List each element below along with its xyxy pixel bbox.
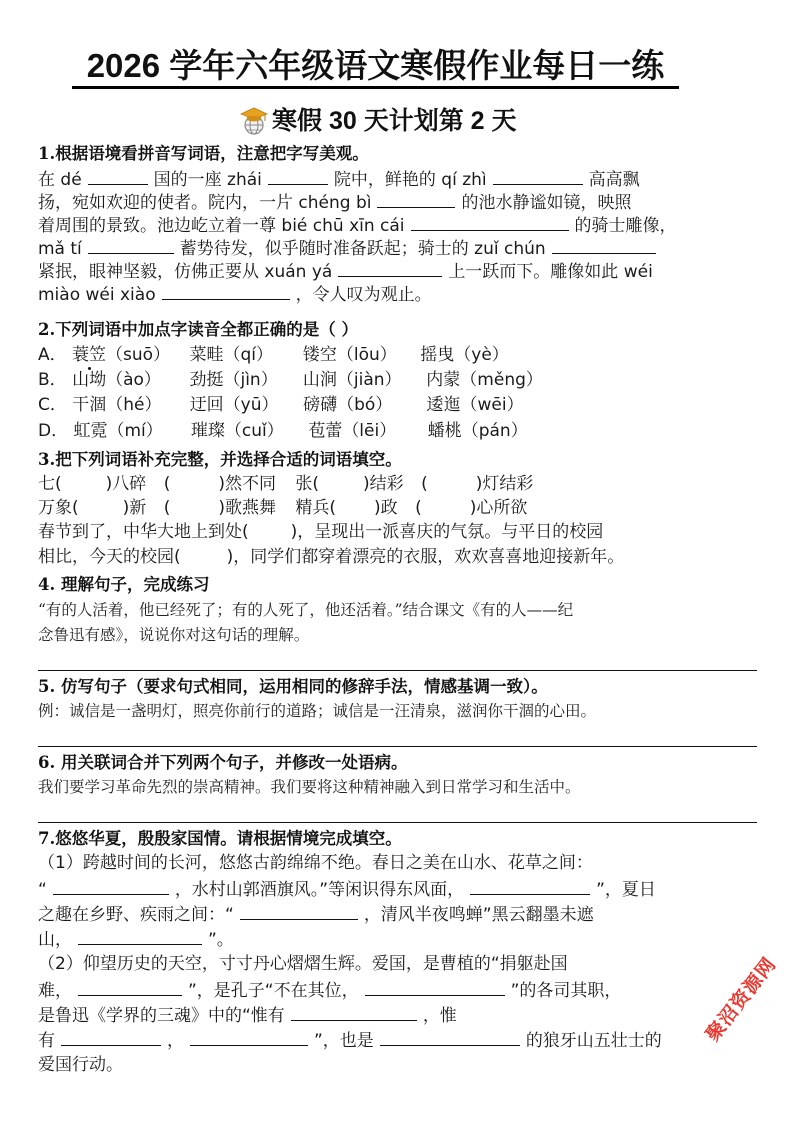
- poem-blank[interactable]: [78, 979, 182, 996]
- q1-text: 高高飘: [589, 170, 640, 190]
- q1-text: 扬，宛如欢迎的使者。院内，一片 chéng bì: [38, 193, 371, 213]
- q1-line-4: mǎ tí蓄势待发，似乎随时准备跃起；骑士的 zuǐ chún: [38, 237, 662, 261]
- q1-text: 在 dé: [38, 170, 82, 190]
- option-item: 虹霓（mí）: [74, 420, 186, 443]
- option-label: C．: [38, 395, 67, 415]
- q1-text: 国的一座 zhái: [154, 170, 262, 190]
- q7-p1-line-3: 之趣在乡野、疾雨之间：“，清风半夜鸣蝉”黑云翻墨未遮: [38, 903, 594, 927]
- q6-text: 我们要学习革命先烈的崇高精神。我们要将这种精神融入到日常学习和生活中。: [38, 776, 581, 798]
- q7-p1-line-4: 山，”。: [38, 928, 234, 952]
- answer-blank[interactable]: [88, 168, 148, 185]
- poem-blank[interactable]: [61, 1029, 161, 1046]
- answer-blank[interactable]: [493, 168, 583, 185]
- poem-blank[interactable]: [470, 878, 590, 895]
- page-subtitle: 寒假 30 天计划第 2 天: [240, 104, 517, 138]
- q1-text: 紧抿，眼神坚毅，仿佛正要从 xuán yá: [38, 262, 332, 282]
- option-item: 干涸（hé）: [72, 394, 184, 417]
- poem-blank[interactable]: [291, 1004, 417, 1021]
- q1-line-6: miào wéi xiào，令人叹为观止。: [38, 283, 432, 307]
- poem-blank[interactable]: [53, 878, 169, 895]
- q3-heading: 3.把下列词语补充完整，并选择合适的词语填空。: [38, 449, 402, 471]
- q7-p1-line-2: “，水村山郭酒旗风。”等闲识得东风面，”，夏日: [38, 878, 656, 902]
- option-item: 劲挺（jìn）: [189, 369, 297, 392]
- answer-blank[interactable]: [377, 191, 455, 208]
- option-label: A．: [38, 345, 67, 365]
- answer-line[interactable]: [38, 746, 757, 747]
- q1-text: 着周围的景致。池边屹立着一尊 bié chū xīn cái: [38, 216, 405, 236]
- q2-option-b[interactable]: B． 山坳（ào） 劲挺（jìn） 山涧（jiàn） 内蒙（měng）: [38, 369, 543, 392]
- answer-blank[interactable]: [338, 260, 442, 277]
- q3-sentence-1: 春节到了，中华大地上到处()，呈现出一派喜庆的气氛。与平日的校园: [38, 521, 603, 544]
- graduation-cap-globe-icon: [240, 106, 270, 136]
- answer-blank[interactable]: [268, 168, 328, 185]
- q2-option-d[interactable]: D． 虹霓（mí） 璀璨（cuǐ） 苞蕾（lēi） 蟠桃（pán）: [38, 420, 528, 443]
- option-item: 逶迤（wēi）: [427, 394, 524, 417]
- q1-text: 的池水静谧如镜，映照: [461, 193, 631, 213]
- answer-line[interactable]: [38, 670, 757, 671]
- poem-blank[interactable]: [240, 903, 358, 920]
- option-item: 山涧（jiàn）: [303, 369, 421, 392]
- q7-p1-line-1: （1）跨越时间的长河，悠悠古韵绵绵不绝。春日之美在山水、花草之间：: [38, 852, 593, 875]
- q5-heading: 5. 仿写句子（要求句式相同，运用相同的修辞手法，情感基调一致）。: [38, 676, 548, 698]
- q1-heading: 1.根据语境看拼音写词语，注意把字写美观。: [38, 143, 369, 165]
- q1-text: 院中，鲜艳的 qí zhì: [334, 170, 487, 190]
- option-label: D．: [38, 421, 68, 441]
- poem-blank[interactable]: [380, 1029, 520, 1046]
- q1-line-1: 在 dé国的一座 zhái院中，鲜艳的 qí zhì高高飘: [38, 168, 640, 192]
- q5-example: 例：诚信是一盏明灯，照亮你前行的道路；诚信是一汪清泉，滋润你干涸的心田。: [38, 700, 596, 722]
- subtitle-text: 寒假 30 天计划第 2 天: [272, 104, 517, 138]
- q1-text: miào wéi xiào: [38, 285, 156, 305]
- q7-p2-line-2: 难，”，是孔子“不在其位，”的各司其职，: [38, 979, 621, 1003]
- q3-idioms-row-1: 七()八碎 ()然不同 张()结彩 ()灯结彩: [38, 473, 533, 496]
- q1-line-3: 着周围的景致。池边屹立着一尊 bié chū xīn cái的骑士雕像，: [38, 214, 677, 238]
- poem-blank[interactable]: [78, 928, 202, 945]
- q1-line-5: 紧抿，眼神坚毅，仿佛正要从 xuán yá上一跃而下。雕像如此 wéi: [38, 260, 653, 284]
- q1-text: ，令人叹为观止。: [296, 285, 432, 305]
- q2-heading: 2.下列词语中加点字读音全都正确的是（ ）: [38, 319, 358, 341]
- option-label: B．: [38, 370, 67, 390]
- page-title: 2026 学年六年级语文寒假作业每日一练: [72, 46, 679, 89]
- q7-p2-line-5: 爱国行动。: [38, 1054, 123, 1077]
- option-item: 蓑笠（suō）: [72, 344, 184, 367]
- q4-heading: 4. 理解句子，完成练习: [38, 574, 209, 596]
- option-item: 菜畦（qí）: [189, 344, 297, 367]
- poem-blank[interactable]: [190, 1029, 308, 1046]
- q1-line-2: 扬，宛如欢迎的使者。院内，一片 chéng bì的池水静谧如镜，映照: [38, 191, 631, 215]
- option-item: 镂空（lōu）: [303, 344, 415, 367]
- option-item: 摇曳（yè）: [420, 344, 509, 367]
- q4-text-line-2: 念鲁迅有感》，说说你对这句话的理解。: [38, 624, 309, 646]
- option-item: 蟠桃（pán）: [428, 420, 528, 443]
- option-item: 内蒙（měng）: [426, 369, 543, 392]
- q2-option-c[interactable]: C． 干涸（hé） 迂回（yū） 磅礴（bó） 逶迤（wēi）: [38, 394, 524, 417]
- q1-text: 的骑士雕像，: [575, 216, 677, 236]
- option-item: 璀璨（cuǐ）: [191, 420, 303, 443]
- q7-heading: 7.悠悠华夏，殷殷家国情。请根据情境完成填空。: [38, 828, 402, 850]
- answer-blank[interactable]: [88, 237, 174, 254]
- option-item: 磅礴（bó）: [303, 394, 421, 417]
- answer-blank[interactable]: [162, 283, 290, 300]
- option-item: 山坳（ào）: [72, 369, 184, 392]
- q3-sentence-2: 相比，今天的校园()，同学们都穿着漂亮的衣服，欢欢喜喜地迎接新年。: [38, 546, 624, 569]
- q1-text: 蓄势待发，似乎随时准备跃起；骑士的 zuǐ chún: [180, 239, 546, 259]
- watermark: 聚沼资源网: [699, 951, 782, 1046]
- q1-text: 上一跃而下。雕像如此 wéi: [448, 262, 653, 282]
- q7-p2-line-3: 是鲁迅《学界的三魂》中的“惟有，惟: [38, 1004, 457, 1028]
- q4-text-line-1: “有的人活着，他已经死了；有的人死了，他还活着。”结合课文《有的人——纪: [38, 599, 573, 621]
- answer-line[interactable]: [38, 822, 757, 823]
- q3-idioms-row-2: 万象()新 ()歌燕舞 精兵()政 ()心所欲: [38, 497, 527, 520]
- q7-p2-line-1: （2）仰望历史的天空，寸寸丹心熠熠生辉。爱国，是曹植的“捐躯赴国: [38, 953, 568, 976]
- q1-text: mǎ tí: [38, 239, 82, 259]
- q6-heading: 6. 用关联词合并下列两个句子，并修改一处语病。: [38, 752, 407, 774]
- poem-blank[interactable]: [365, 979, 505, 996]
- option-item: 迂回（yū）: [190, 394, 298, 417]
- q2-option-a[interactable]: A． 蓑笠（suō） 菜畦（qí） 镂空（lōu） 摇曳（yè）: [38, 344, 509, 367]
- option-item: 苞蕾（lēi）: [308, 420, 422, 443]
- answer-blank[interactable]: [411, 214, 569, 231]
- answer-blank[interactable]: [552, 237, 656, 254]
- q7-p2-line-4: 有，”，也是的狼牙山五壮士的: [38, 1029, 662, 1053]
